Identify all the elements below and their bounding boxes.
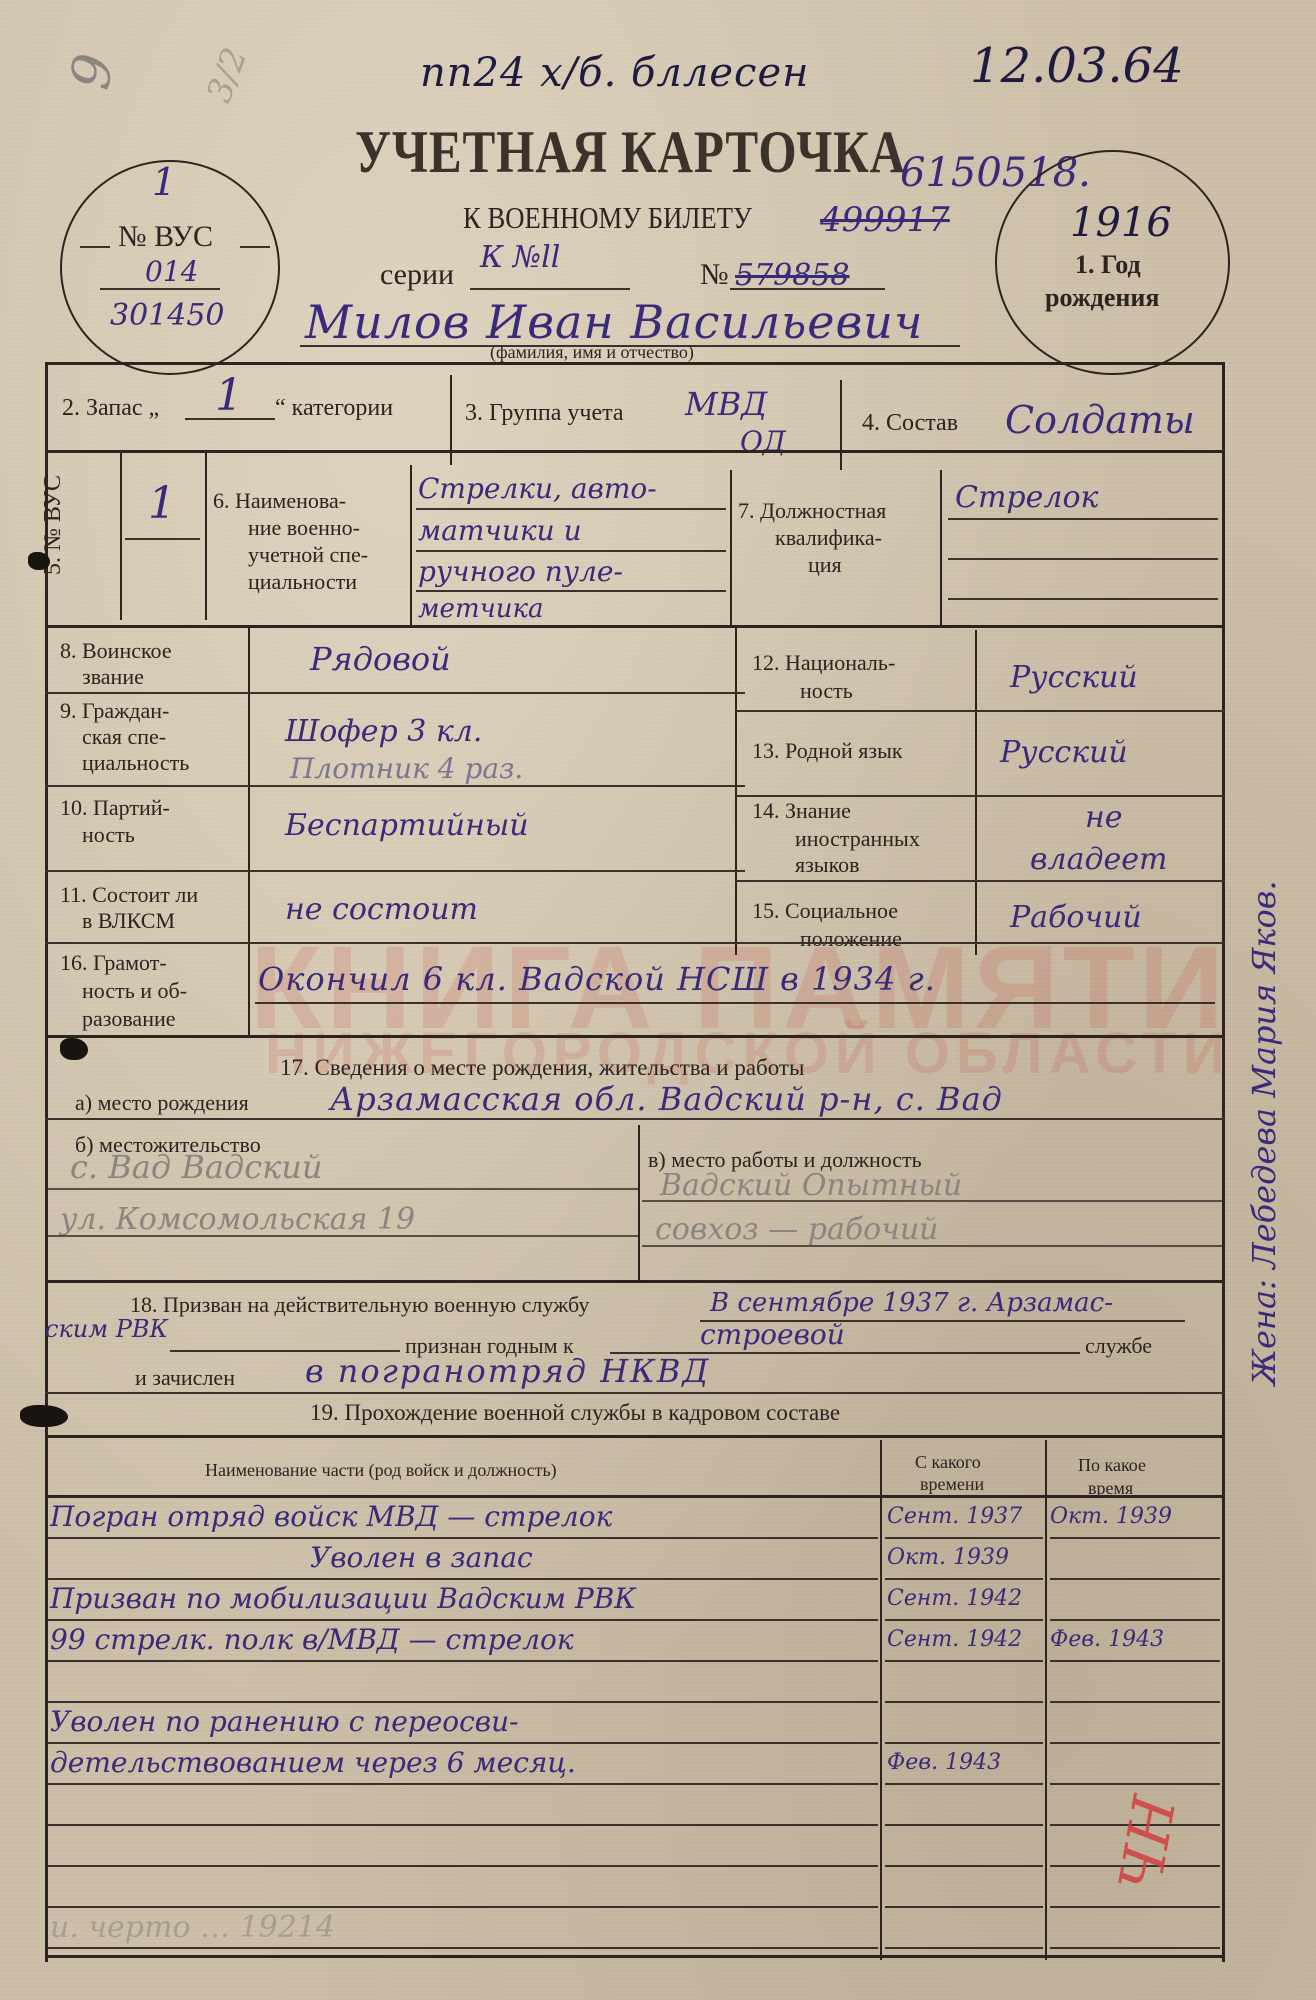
series-value: К №ll	[480, 240, 560, 275]
row-from: Сент. 1942	[887, 1586, 1022, 1611]
card-title: УЧЕТНАЯ КАРТОЧКА	[355, 118, 906, 187]
workplace-value-1: Вадский Опытный	[660, 1168, 962, 1203]
field-9-value-ink: Шофер 3 кл.	[285, 714, 482, 749]
field-8-label-2: звание	[82, 664, 144, 690]
workplace-value-2: совхоз — рабочий	[655, 1212, 939, 1247]
field-3-label: 3. Группа учета	[465, 400, 624, 427]
field-2-label-a: 2. Запас „	[62, 395, 159, 422]
field-11-label-2: в ВЛКСМ	[82, 908, 175, 934]
field-6-value-2: матчики и	[418, 514, 582, 547]
section-18-value-a: В сентябре 1937 г. Арзамас-	[710, 1288, 1113, 1318]
row-to: Фев. 1943	[1050, 1627, 1164, 1652]
field-14-label-1: 14. Знание	[752, 798, 851, 824]
field-6-label-4: циальности	[248, 569, 357, 595]
field-13-label: 13. Родной язык	[752, 738, 903, 764]
field-5-value: 1	[148, 478, 176, 529]
header-date: 12.03.64	[970, 38, 1184, 94]
birth-year-label-1: 1. Год	[1075, 250, 1141, 280]
row-to: Окт. 1939	[1050, 1504, 1172, 1529]
birthplace-value: Арзамасская обл. Вадский р-н, с. Вад	[330, 1080, 1003, 1118]
vus-stamp-denominator: 301450	[110, 298, 225, 333]
field-14-label-3: языков	[795, 852, 860, 878]
col-from-header-2: времени	[920, 1474, 984, 1495]
field-3-value-1: МВД	[685, 385, 767, 423]
row-unit: Уволен по ранению с переосви-	[50, 1705, 519, 1738]
field-10-label-1: 10. Партий-	[60, 795, 170, 821]
field-3-value-2: ОД	[740, 425, 786, 458]
field-15-value: Рабочий	[1010, 900, 1142, 935]
crossed-number: 499917	[820, 200, 950, 240]
field-12-label-1: 12. Националь-	[752, 650, 895, 676]
section-18-label-d: и зачислен	[135, 1365, 235, 1391]
field-8-value: Рядовой	[310, 640, 451, 678]
field-12-value: Русский	[1010, 660, 1138, 695]
field-2-label-b: “ категории	[275, 395, 393, 422]
series-label: серии	[380, 258, 454, 292]
field-9-value-pencil: Плотник 4 раз.	[290, 752, 523, 785]
field-7-label-1: 7. Должностная	[738, 498, 886, 524]
row-unit: детельствованием через 6 месяц.	[50, 1746, 576, 1779]
section-18-label-c: службе	[1085, 1333, 1152, 1359]
field-4-label: 4. Состав	[862, 410, 958, 437]
vus-stamp-numerator: 014	[145, 255, 198, 288]
field-12-label-2: ность	[800, 678, 853, 704]
birth-year-value: 1916	[1070, 200, 1172, 246]
red-mark: ЧН	[1106, 1791, 1190, 1897]
section-18-value-b: строевой	[700, 1318, 845, 1351]
field-6-value-1: Стрелки, авто-	[418, 472, 657, 505]
pencil-number: 9	[58, 49, 126, 94]
field-7-label-2: квалифика-	[775, 525, 882, 551]
vus-stamp-label: № ВУС	[118, 220, 213, 254]
row-from: Окт. 1939	[887, 1545, 1009, 1570]
section-18-value-d: в погранотряд НКВД	[305, 1352, 710, 1390]
section-17-title: 17. Сведения о месте рождения, жительств…	[280, 1055, 804, 1081]
field-14-value-1: не	[1085, 800, 1123, 835]
field-11-label-1: 11. Состоит ли	[60, 882, 198, 908]
number-label: №	[700, 258, 729, 292]
field-14-label-2: иностранных	[795, 826, 920, 852]
field-10-label-2: ность	[82, 822, 135, 848]
residence-value-1: с. Вад Вадский	[70, 1148, 322, 1186]
row-unit: Уволен в запас	[310, 1541, 533, 1574]
row-from: Сент. 1942	[887, 1627, 1022, 1652]
row-unit: Призван по мобилизации Вадским РВК	[50, 1582, 636, 1615]
section-19-title: 19. Прохождение военной службы в кадрово…	[310, 1400, 840, 1426]
field-9-label-1: 9. Граждан-	[60, 698, 169, 724]
row-from: Сент. 1937	[887, 1504, 1022, 1529]
col-to-header-1: По какое	[1078, 1455, 1146, 1476]
field-9-label-3: циальность	[82, 750, 189, 776]
col-unit-header: Наименование части (род войск и должност…	[205, 1460, 557, 1481]
field-6-value-4: метчика	[418, 594, 544, 624]
field-4-value: Солдаты	[1005, 398, 1195, 442]
field-8-label-1: 8. Воинское	[60, 638, 172, 664]
header-note: пп24 х/б. бллесен	[420, 50, 809, 96]
margin-note-wife: Жена: Лебедева Мария Яков.	[1245, 880, 1283, 1385]
field-6-label-1: 6. Наименова-	[213, 488, 346, 514]
section-18-label-a: 18. Призван на действительную военную сл…	[130, 1292, 589, 1318]
row-from: Фев. 1943	[887, 1750, 1001, 1775]
card-subtitle: К ВОЕННОМУ БИЛЕТУ	[463, 200, 752, 236]
field-6-label-2: ние военно-	[248, 515, 360, 541]
field-16-label-1: 16. Грамот-	[60, 950, 167, 976]
field-6-value-3: ручного пуле-	[418, 555, 623, 588]
pencil-bottom-note: и. черто … 19214	[50, 1910, 335, 1945]
section-18-value-a2: ским РВК	[45, 1315, 168, 1343]
pencil-fraction: 3/2	[199, 42, 255, 107]
field-11-value: не состоит	[285, 892, 478, 927]
field-13-value: Русский	[1000, 735, 1128, 770]
fio-caption: (фамилия, имя и отчество)	[490, 342, 694, 363]
field-7-label-3: ция	[808, 552, 842, 578]
birth-year-label-2: рождения	[1045, 283, 1159, 313]
birthplace-label: а) место рождения	[75, 1090, 249, 1116]
field-15-label-2: положение	[800, 926, 902, 952]
field-10-value: Беспартийный	[285, 808, 529, 843]
col-from-header-1: С какого	[915, 1452, 981, 1473]
row-unit: 99 стрелк. полк в/МВД — стрелок	[50, 1623, 574, 1656]
vus-stamp-top: 1	[152, 160, 176, 204]
punch-hole	[20, 1405, 68, 1427]
field-9-label-2: ская спе-	[82, 724, 166, 750]
field-16-label-3: разование	[82, 1006, 176, 1032]
field-6-label-3: учетной спе-	[248, 542, 368, 568]
number-value: 579858	[735, 258, 850, 293]
field-16-label-2: ность и об-	[82, 978, 187, 1004]
punch-hole	[28, 552, 50, 570]
field-2-value: 1	[215, 370, 243, 421]
field-7-value: Стрелок	[955, 480, 1098, 515]
punch-hole	[60, 1038, 88, 1060]
field-14-value-2: владеет	[1030, 842, 1167, 877]
fio-value: Милов Иван Васильевич	[305, 295, 924, 349]
residence-value-2: ул. Комсомольская 19	[60, 1202, 415, 1237]
row-unit: Погран отряд войск МВД — стрелок	[50, 1500, 612, 1533]
field-16-value: Окончил 6 кл. Вадской НСШ в 1934 г.	[258, 960, 936, 998]
field-15-label-1: 15. Социальное	[752, 898, 898, 924]
